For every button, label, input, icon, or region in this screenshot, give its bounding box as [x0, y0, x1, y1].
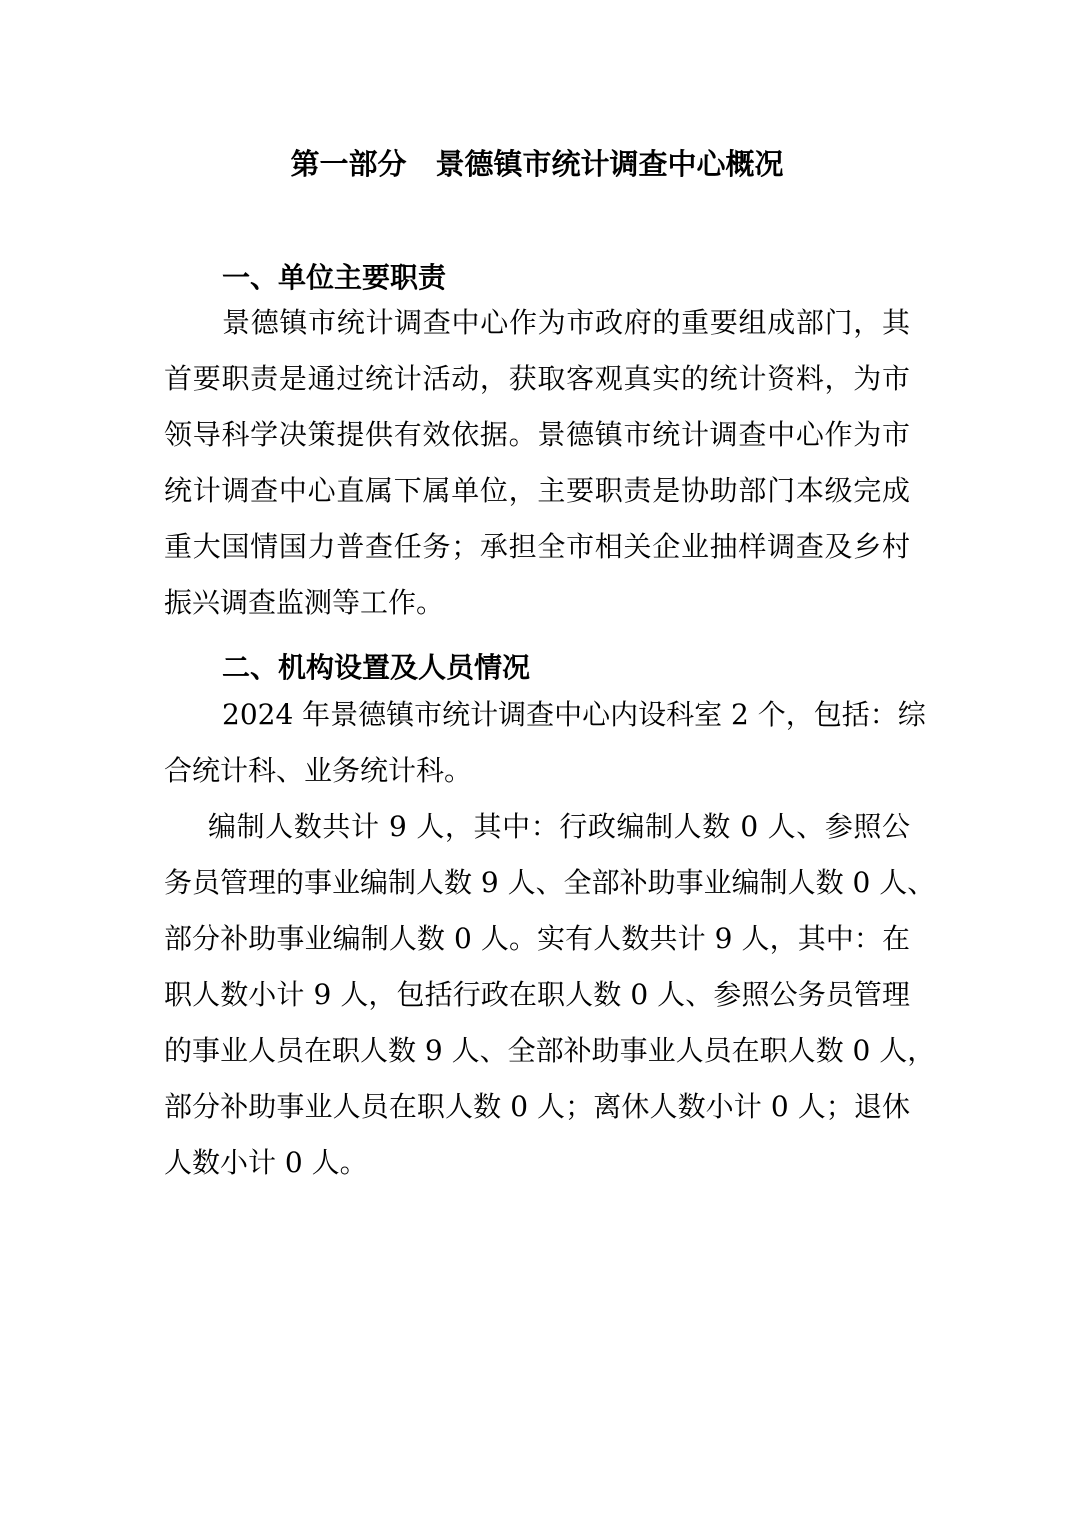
section-heading-organization: 二、机构设置及人员情况: [222, 646, 530, 686]
paragraph-line: 务员管理的事业编制人数 9 人、全部补助事业编制人数 0 人、: [164, 865, 910, 901]
paragraph-line: 人数小计 0 人。: [164, 1145, 910, 1181]
paragraph-line: 领导科学决策提供有效依据。景德镇市统计调查中心作为市: [164, 417, 910, 453]
document-page: 第一部分 景德镇市统计调查中心概况 一、单位主要职责 景德镇市统计调查中心作为市…: [0, 0, 1074, 1520]
paragraph-line: 重大国情国力普查任务；承担全市相关企业抽样调查及乡村: [164, 529, 910, 565]
paragraph-line: 景德镇市统计调查中心作为市政府的重要组成部门，其: [222, 305, 910, 341]
section-heading-responsibilities: 一、单位主要职责: [222, 256, 446, 296]
paragraph-line: 首要职责是通过统计活动，获取客观真实的统计资料，为市: [164, 361, 910, 397]
paragraph-line: 2024 年景德镇市统计调查中心内设科室 2 个，包括：综: [222, 697, 910, 733]
paragraph-line: 合统计科、业务统计科。: [164, 753, 910, 789]
paragraph-line: 统计调查中心直属下属单位，主要职责是协助部门本级完成: [164, 473, 910, 509]
paragraph-line: 编制人数共计 9 人，其中：行政编制人数 0 人、参照公: [208, 809, 910, 845]
paragraph-line: 部分补助事业编制人数 0 人。实有人数共计 9 人，其中：在: [164, 921, 910, 957]
paragraph-line: 部分补助事业人员在职人数 0 人；离休人数小计 0 人；退休: [164, 1089, 910, 1125]
paragraph-line: 职人数小计 9 人，包括行政在职人数 0 人、参照公务员管理: [164, 977, 910, 1013]
page-title: 第一部分 景德镇市统计调查中心概况: [0, 142, 1074, 183]
paragraph-line: 振兴调查监测等工作。: [164, 585, 910, 621]
paragraph-line: 的事业人员在职人数 9 人、全部补助事业人员在职人数 0 人，: [164, 1033, 910, 1069]
